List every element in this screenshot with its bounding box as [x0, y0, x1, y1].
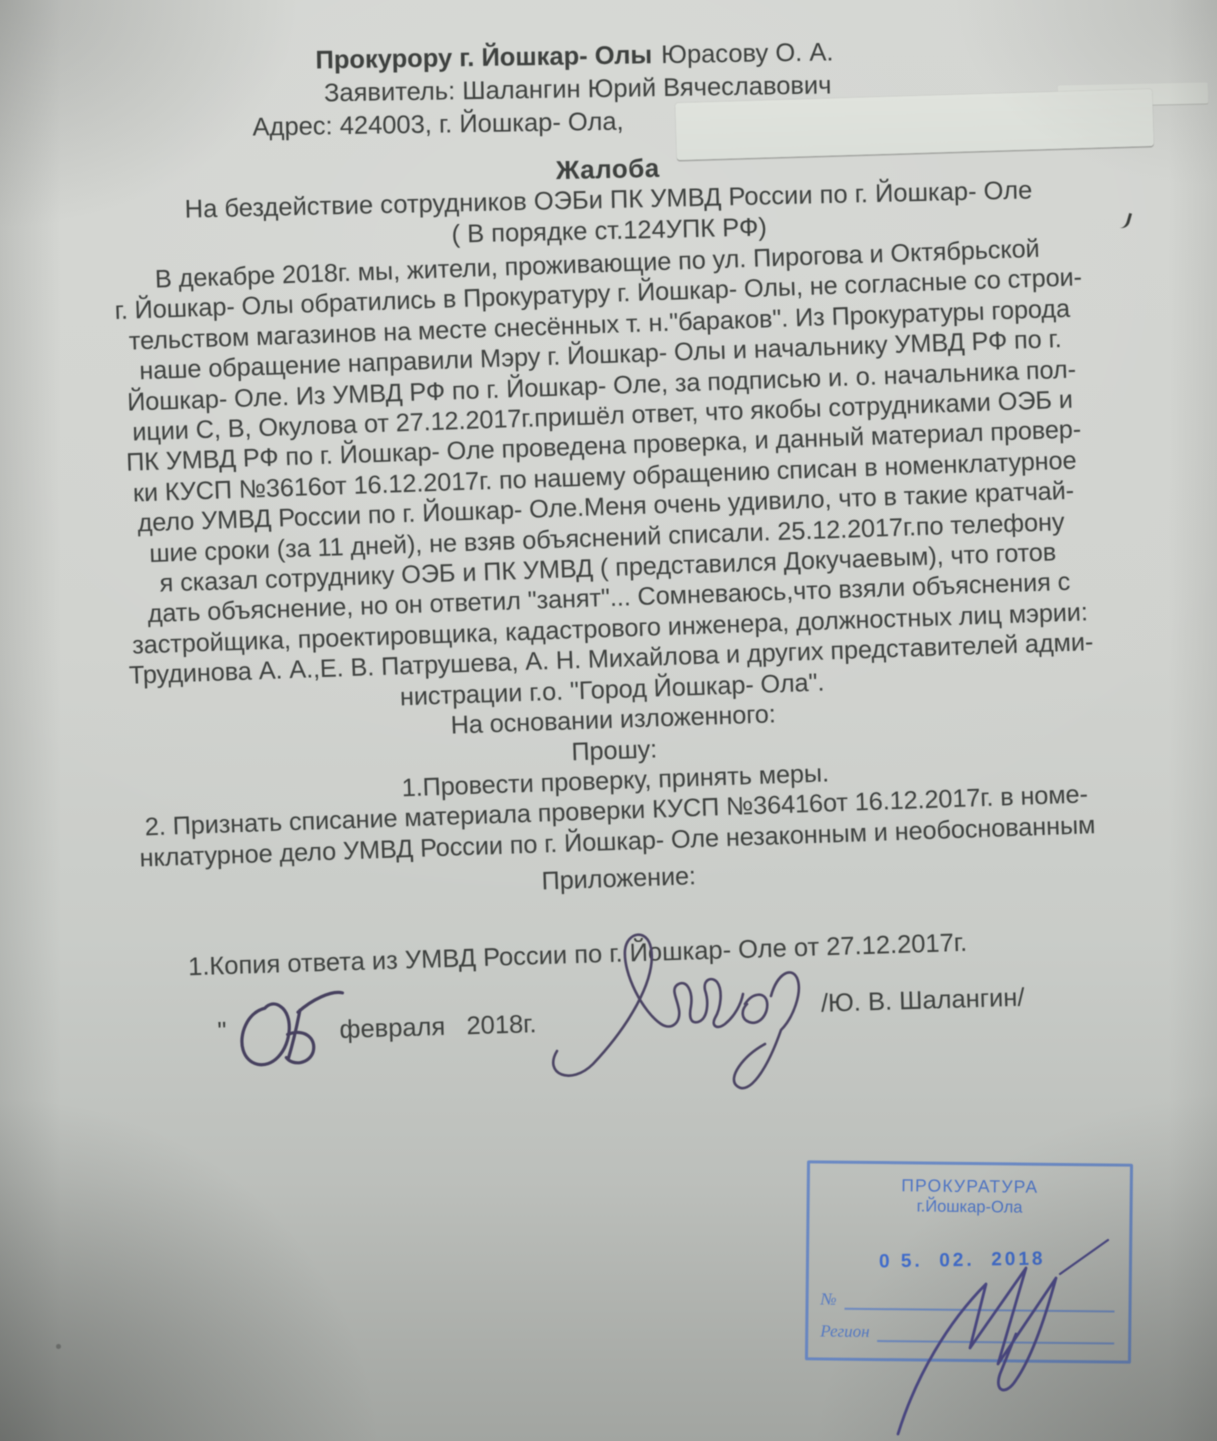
date-opening-quote: " [217, 1017, 227, 1046]
applicant-signature [545, 916, 815, 1116]
stamp-org-name: ПРОКУРАТУРА [810, 1174, 1130, 1198]
signature-stroke [743, 995, 768, 1023]
document-content: Прокурору г. Йошкар- ОлыЮрасову О. А. За… [0, 0, 1217, 1441]
signature-stroke [734, 972, 799, 1088]
scanned-complaint-page: Прокурору г. Йошкар- ОлыЮрасову О. А. За… [0, 0, 1217, 1441]
recipient-title: Прокурору г. Йошкар- Олы [315, 41, 652, 74]
ink-speck [56, 1344, 61, 1349]
stamp-signature [856, 1216, 1156, 1441]
date-month-year: февраля 2018г. [339, 1010, 537, 1045]
handwritten-zero-stroke [241, 1004, 291, 1066]
stamp-signature-tail-stroke [1060, 1240, 1108, 1274]
signatory-name: /Ю. В. Шалангин/ [821, 984, 1025, 1019]
stamp-signature-stroke [898, 1268, 1056, 1434]
handwritten-day [226, 986, 349, 1078]
signature-stroke [553, 935, 743, 1076]
complaint-text: В декабре 2018г. мы, жители, проживающие… [51, 230, 1165, 913]
stamp-number-label: № [820, 1289, 836, 1309]
handwritten-five-stroke [284, 992, 344, 1063]
recipient-name: Юрасову О. А. [661, 38, 834, 69]
